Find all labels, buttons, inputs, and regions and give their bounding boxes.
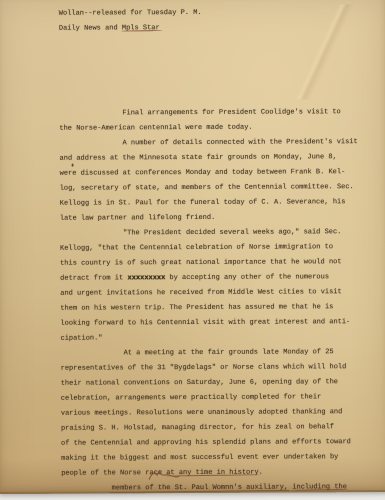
underlined-text: including the — [292, 483, 347, 491]
text-segment: by accepting any other of the numerous — [165, 273, 329, 282]
text-segment: A number of details connected with the P… — [122, 138, 357, 147]
text-line: cipation." — [60, 330, 358, 347]
text-segment: and urgent invitations he received from … — [60, 288, 341, 297]
text-line: detract from it xxxxxxxxx by accepting a… — [60, 270, 358, 287]
underlined-text: at any time in history — [166, 469, 258, 477]
text-line: the Norse-American centennial were made … — [59, 120, 357, 137]
text-line: late law partner and lifelong friend. — [60, 210, 358, 227]
text-line: At a meeting at the fair grounds late Mo… — [61, 345, 359, 362]
text-segment: Final arrangements for President Coolidg… — [122, 108, 340, 117]
struck-text: members of the St. Paul Womnn's auxiliar… — [112, 484, 288, 493]
overstruck-text: xxxxxxxxx — [127, 274, 165, 282]
release-note: Wollan--released for Tuesday P. M. — [59, 6, 202, 22]
document-body: Final arrangements for President Coolidg… — [59, 105, 359, 497]
text-line: Final arrangements for President Coolidg… — [59, 105, 357, 122]
publication-underlined: Mpls Star — [122, 24, 160, 32]
publication-prefix: Daily News and — [59, 24, 122, 32]
text-segment: "The President decided several weeks ago… — [123, 228, 341, 237]
text-line: A number of details connected with the P… — [59, 135, 357, 152]
text-segment: detract from it — [60, 274, 127, 282]
paper-crease — [275, 4, 370, 99]
text-segment: their national conventions on Saturday, … — [61, 378, 338, 387]
text-line: and address at the Minnesota state fair … — [60, 150, 358, 167]
text-segment: the Norse-American centennial were made … — [59, 124, 252, 133]
document-paper: Wollan--released for Tuesday P. M. Daily… — [0, 0, 385, 494]
text-line: representatives of the 31 "Bygdelags" or… — [61, 360, 359, 377]
text-line: members of the St. Paul Womnn's auxiliar… — [61, 480, 359, 497]
text-segment: . — [259, 469, 263, 477]
text-line: people of the Norse race at any time in … — [61, 465, 359, 482]
text-line: Kellogg, "that the Centennial celebratio… — [60, 240, 358, 257]
text-segment: various meetings. Resolutions were unani… — [61, 408, 342, 417]
publication-note: Daily News and Mpls Star — [59, 21, 202, 37]
text-segment: praising S. H. Holstad, managing directo… — [61, 423, 334, 432]
text-segment: late law partner and lifelong friend. — [60, 214, 215, 223]
text-line: Kellogg is in St. Paul for the funeral t… — [60, 195, 358, 212]
text-segment: representatives of the 31 "Bygdelags" or… — [61, 363, 347, 372]
text-segment: celebration, arrangements were practical… — [61, 393, 321, 402]
text-segment: them on his western trip. The President … — [60, 303, 333, 312]
text-line: and urgent invitations he received from … — [60, 285, 358, 302]
text-segment: and address at the Minnesota state fair … — [60, 153, 337, 162]
text-segment: Kellogg is in St. Paul for the funeral t… — [60, 198, 346, 207]
text-segment: cipation." — [60, 334, 102, 342]
text-segment: of the Centennial and approving his sple… — [61, 438, 351, 448]
text-line: them on his western trip. The President … — [60, 300, 358, 317]
text-line: log, secretary of state, and members of … — [60, 180, 358, 197]
text-segment: At a meeting at the fair grounds late Mo… — [124, 348, 334, 357]
text-segment: looking forward to his Centennial visit … — [60, 318, 350, 328]
text-segment: log, secretary of state, and members of … — [60, 183, 354, 193]
text-line: celebration, arrangements were practical… — [61, 390, 359, 407]
document-header: Wollan--released for Tuesday P. M. Daily… — [59, 6, 202, 37]
text-line: their national conventions on Saturday, … — [61, 375, 359, 392]
text-segment: were discussed at conferences Monday and… — [60, 168, 346, 177]
text-line: making it the biggest and most successfu… — [61, 450, 359, 467]
text-line: looking forward to his Centennial visit … — [60, 315, 358, 332]
text-segment: Kellogg, "that the Centennial celebratio… — [60, 243, 333, 252]
text-line: various meetings. Resolutions were unani… — [61, 405, 359, 422]
text-line: praising S. H. Holstad, managing directo… — [61, 420, 359, 437]
text-segment: making it the biggest and most successfu… — [61, 453, 338, 462]
text-segment: people of the Norse race — [61, 469, 166, 478]
text-segment: this country is of such great national i… — [60, 258, 341, 267]
text-line: "The President decided several weeks ago… — [60, 225, 358, 242]
text-line: of the Centennial and approving his sple… — [61, 435, 359, 452]
text-line: this country is of such great national i… — [60, 255, 358, 272]
text-line: were discussed at conferences Monday and… — [60, 165, 358, 182]
